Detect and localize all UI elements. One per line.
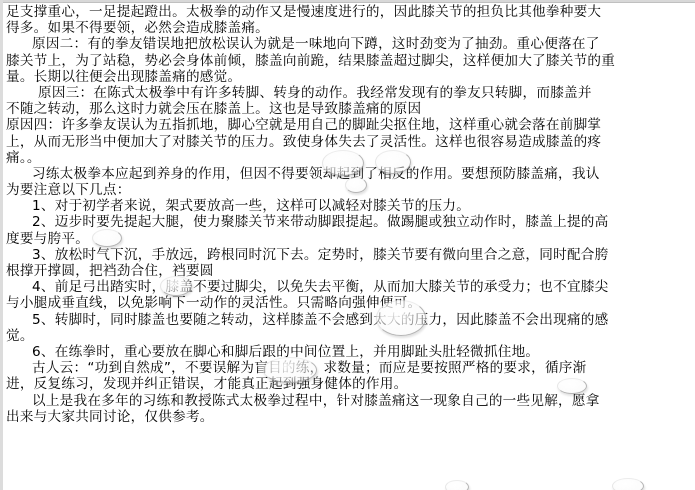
paragraph-cause-two: 原因二：有的拳友错误地把放松误认为就是一味地向下蹲，这时劲变为了抽劲。重心便落在…: [6, 36, 690, 52]
text-line: 度要与胯平。: [6, 231, 690, 247]
water-drop-icon: [445, 480, 469, 490]
text-line: 为要注意以下几点：: [6, 182, 690, 198]
text-line: 进，反复练习，发现并纠正错误，才能真正起到强身健体的作用。: [6, 376, 690, 392]
list-item-3: 3、放松时气下沉，手放远，跨根同时沉下去。定势时，膝关节要有微向里合之意，同时配…: [6, 247, 690, 263]
window-top-border: [0, 0, 695, 3]
list-item-2: 2、迈步时要先提起大腿，使力聚膝关节来带动脚跟提起。做踢腿或独立动作时，膝盖上提…: [6, 214, 690, 230]
text-line: 不随之转动，那么这时力就会压在膝盖上。这也是导致膝盖痛的原因: [6, 101, 690, 117]
list-item-6: 6、在练拳时，重心要放在脚心和脚后跟的中间位置上，并用脚趾头肚轻微抓住地。: [6, 344, 690, 360]
text-line: 膝关节上，为了站稳，势必会身体前倾，膝盖向前跪，结果膝盖超过脚尖，这样便加大了膝…: [6, 53, 690, 69]
text-line: 与小腿成垂直线，以免影响下一动作的灵活性。只需略向强伸便可。: [6, 295, 690, 311]
paragraph-ancient-saying: 古人云：“功到自然成”，不要误解为盲目的练，求数量；而应是要按照严格的要求，循序…: [6, 360, 690, 376]
text-line: 量。长期以往便会出现膝盖痛的感觉。: [6, 69, 690, 85]
text-line: 得多。如果不得要领，必然会造成膝盖痛。: [6, 20, 690, 36]
text-line: 足支撑重心，一足提起蹬出。太极拳的动作又是慢速度进行的，因此膝关节的担负比其他拳…: [6, 4, 690, 20]
text-line: 出来与大家共同讨论，仅供参考。: [6, 409, 690, 425]
paragraph-prevention-intro: 习练太极拳本应起到养身的作用，但因不得要领却起到了相反的作用。要想预防膝盖痛，我…: [6, 166, 690, 182]
paragraph-conclusion: 以上是我在多年的习练和教授陈式太极拳过程中，针对膝盖痛这一现象自己的一些见解，愿…: [6, 393, 690, 409]
text-line: 上，从而无形当中便加大了对膝关节的压力。致使身体失去了灵活性。这样也很容易造成膝…: [6, 134, 690, 150]
document-body: 足支撑重心，一足提起蹬出。太极拳的动作又是慢速度进行的，因此膝关节的担负比其他拳…: [6, 4, 690, 425]
paragraph-cause-four: 原因四：许多拳友误认为五指抓地，脚心空就是用自己的脚趾尖抠住地，这样重心就会落在…: [6, 117, 690, 133]
text-line: 根撑开撑圆，把裆劲合住，裆要圆: [6, 263, 690, 279]
list-item-1: 1、对于初学者来说，架式要放高一些，这样可以减轻对膝关节的压力。: [6, 198, 690, 214]
list-item-4: 4、前足弓出踏实时，膝盖不要过脚尖，以免失去平衡，从而加大膝关节的承受力；也不宜…: [6, 279, 690, 295]
paragraph-cause-three: 原因三：在陈式太极拳中有许多转脚、转身的动作。我经常发现有的拳友只转脚，而膝盖并: [6, 85, 690, 101]
list-item-5: 5、转脚时，同时膝盖也要随之转动，这样膝盖不会感到太大的压力，因此膝盖不会出现痛…: [6, 312, 690, 328]
window-left-border: [0, 0, 3, 490]
water-drop-icon: [612, 478, 644, 490]
text-line: 觉。: [6, 328, 690, 344]
text-line: 痛。。: [6, 150, 690, 166]
